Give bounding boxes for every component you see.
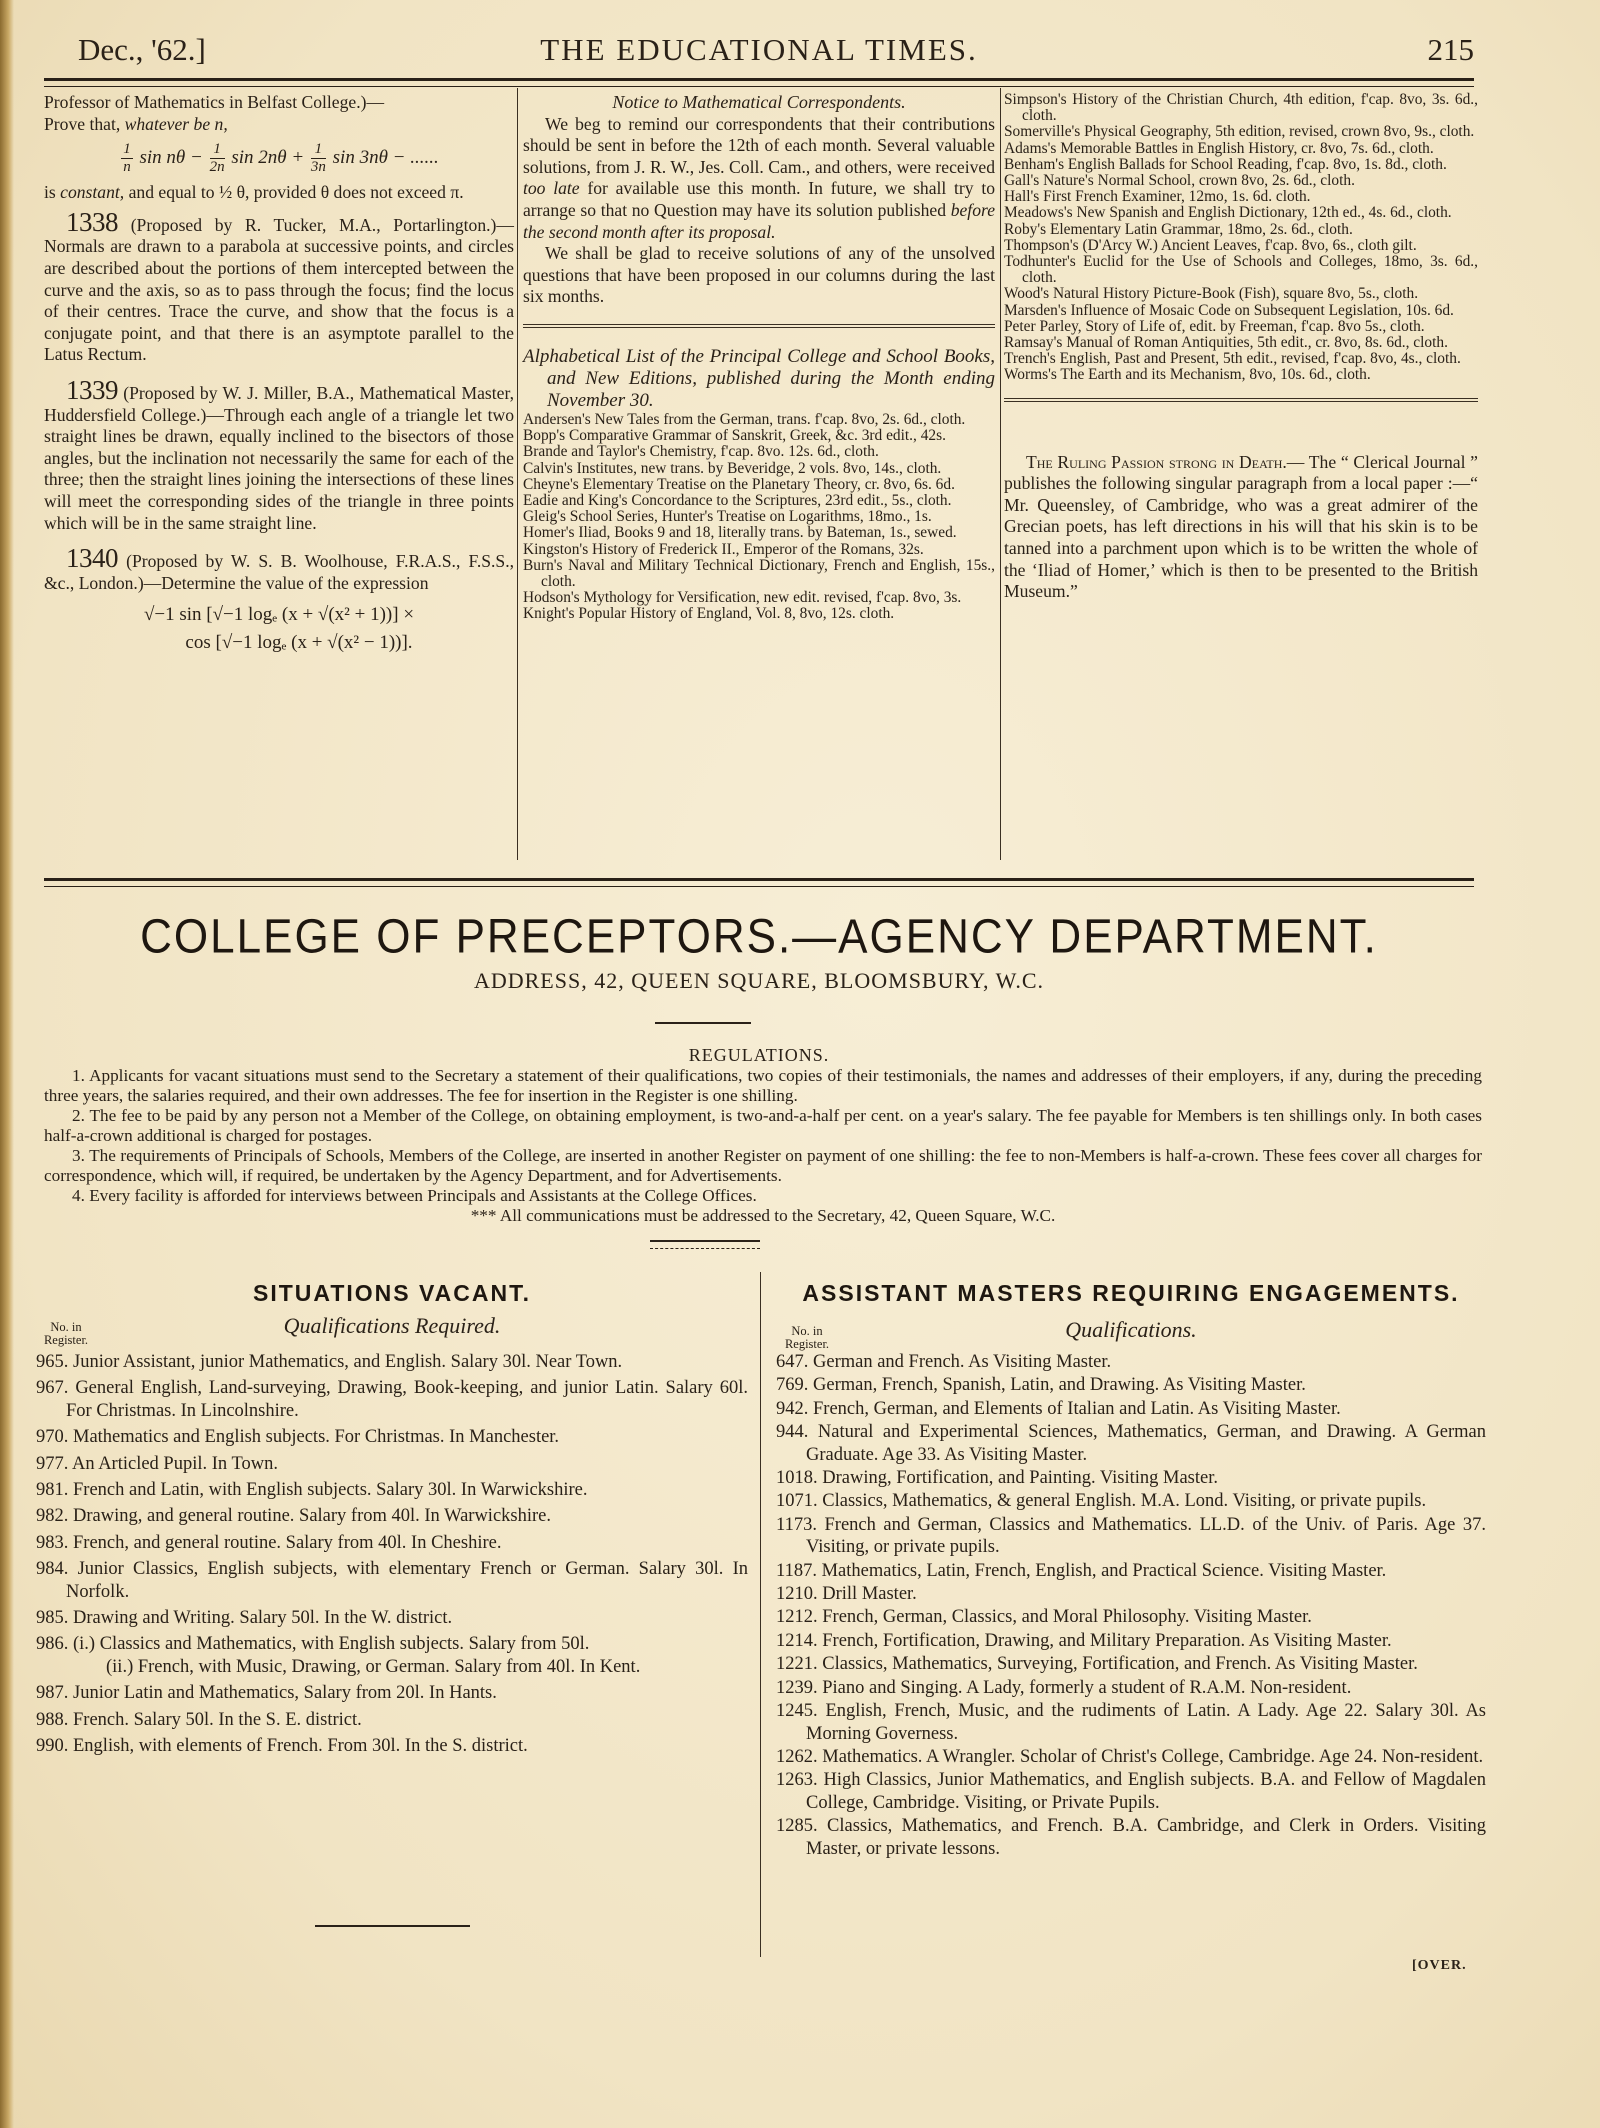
book-item: Bopp's Comparative Grammar of Sanskrit, … bbox=[523, 428, 995, 444]
master-entry: 1263. High Classics, Junior Mathematics,… bbox=[776, 1769, 1486, 1814]
master-entry: 647. German and French. As Visiting Mast… bbox=[776, 1351, 1486, 1373]
master-entry: 1245. English, French, Music, and the ru… bbox=[776, 1700, 1486, 1745]
master-entry: 942. French, German, and Elements of Ita… bbox=[776, 1398, 1486, 1420]
book-item: Somerville's Physical Geography, 5th edi… bbox=[1004, 124, 1478, 140]
book-item: Meadows's New Spanish and English Dictio… bbox=[1004, 205, 1478, 221]
master-entry: 1221. Classics, Mathematics, Surveying, … bbox=[776, 1653, 1486, 1675]
page-number: 215 bbox=[1428, 32, 1475, 68]
vacancy-entry: 985. Drawing and Writing. Salary 50l. In… bbox=[36, 1607, 748, 1629]
vacancy-entry: 988. French. Salary 50l. In the S. E. di… bbox=[36, 1709, 748, 1731]
master-entry: 1018. Drawing, Fortification, and Painti… bbox=[776, 1467, 1486, 1489]
book-item: Marsden's Influence of Mosaic Code on Su… bbox=[1004, 303, 1478, 319]
ruling-passion-article: The Ruling Passion strong in Death.— The… bbox=[1004, 452, 1478, 603]
book-item: Gleig's School Series, Hunter's Treatise… bbox=[523, 509, 995, 525]
book-item: Roby's Elementary Latin Grammar, 18mo, 2… bbox=[1004, 222, 1478, 238]
book-list-title: Alphabetical List of the Principal Colle… bbox=[523, 346, 995, 412]
agency-address: ADDRESS, 42, QUEEN SQUARE, BLOOMSBURY, W… bbox=[44, 968, 1474, 994]
book-item: Todhunter's Euclid for the Use of School… bbox=[1004, 254, 1478, 286]
header-rule bbox=[44, 78, 1474, 87]
book-item: Hall's First French Examiner, 12mo, 1s. … bbox=[1004, 189, 1478, 205]
column-subheader: No. in Register. Qualifications. bbox=[776, 1311, 1486, 1351]
section-rule bbox=[523, 324, 995, 328]
decorative-rule bbox=[655, 1022, 751, 1024]
decorative-rule bbox=[650, 1240, 760, 1249]
log-expression-line2: cos [√−1 logₑ (x + √(x² − 1))]. bbox=[44, 632, 514, 654]
vacancy-entry: 977. An Articled Pupil. In Town. bbox=[36, 1453, 748, 1475]
question-number: 1338 bbox=[66, 207, 118, 237]
running-header: Dec., '62.] THE EDUCATIONAL TIMES. 215 bbox=[44, 30, 1474, 70]
newspaper-page: Dec., '62.] THE EDUCATIONAL TIMES. 215 P… bbox=[0, 0, 1600, 2128]
book-item: Calvin's Institutes, new trans. by Bever… bbox=[523, 461, 995, 477]
vacancy-entry: 967. General English, Land-surveying, Dr… bbox=[36, 1377, 748, 1422]
vacancy-entry: 990. English, with elements of French. F… bbox=[36, 1735, 748, 1757]
master-entry: 1262. Mathematics. A Wrangler. Scholar o… bbox=[776, 1746, 1486, 1768]
regulation-item: 2. The fee to be paid by any person not … bbox=[44, 1106, 1482, 1146]
regulation-item: 3. The requirements of Principals of Sch… bbox=[44, 1146, 1482, 1186]
assistant-masters-heading: ASSISTANT MASTERS REQUIRING ENGAGEMENTS. bbox=[776, 1280, 1486, 1307]
book-item: Worms's The Earth and its Mechanism, 8vo… bbox=[1004, 367, 1478, 383]
vacancy-entry-sub: (ii.) French, with Music, Drawing, or Ge… bbox=[36, 1656, 748, 1678]
regulations-title: REGULATIONS. bbox=[44, 1045, 1474, 1066]
book-item: Trench's English, Past and Present, 5th … bbox=[1004, 351, 1478, 367]
communications-note: *** All communications must be addressed… bbox=[44, 1206, 1482, 1226]
master-entry: 1187. Mathematics, Latin, French, Englis… bbox=[776, 1560, 1486, 1582]
master-entry: 1210. Drill Master. bbox=[776, 1583, 1486, 1605]
question-1340: 1340 (Proposed by W. S. B. Woolhouse, F.… bbox=[44, 548, 514, 594]
question-intro: Professor of Mathematics in Belfast Coll… bbox=[44, 92, 514, 135]
book-item: Kingston's History of Frederick II., Emp… bbox=[523, 542, 995, 558]
regulation-item: 4. Every facility is afforded for interv… bbox=[44, 1186, 1482, 1206]
book-list: Andersen's New Tales from the German, tr… bbox=[523, 412, 995, 623]
column-books-and-ruling-passion: Simpson's History of the Christian Churc… bbox=[1004, 92, 1478, 603]
vacancy-entry: 987. Junior Latin and Mathematics, Salar… bbox=[36, 1682, 748, 1704]
agency-section-rule bbox=[44, 878, 1474, 887]
vacancy-entry: 965. Junior Assistant, junior Mathematic… bbox=[36, 1351, 748, 1373]
agency-title: COLLEGE OF PRECEPTORS.—AGENCY DEPARTMENT… bbox=[44, 910, 1474, 965]
vacancy-entry: 970. Mathematics and English subjects. F… bbox=[36, 1426, 748, 1448]
situations-vacant-column: SITUATIONS VACANT. No. in Register. Qual… bbox=[36, 1280, 748, 1762]
question-1339: 1339 (Proposed by W. J. Miller, B.A., Ma… bbox=[44, 380, 514, 534]
book-item: Simpson's History of the Christian Churc… bbox=[1004, 92, 1478, 124]
question-number: 1340 bbox=[66, 543, 118, 573]
book-item: Andersen's New Tales from the German, tr… bbox=[523, 412, 995, 428]
vacancy-entry: 981. French and Latin, with English subj… bbox=[36, 1479, 748, 1501]
notice-paragraph-1: We beg to remind our correspondents that… bbox=[523, 114, 995, 244]
regulation-item: 1. Applicants for vacant situations must… bbox=[44, 1066, 1482, 1106]
vacancy-entry: 982. Drawing, and general routine. Salar… bbox=[36, 1505, 748, 1527]
book-item: Hodson's Mythology for Versification, ne… bbox=[523, 590, 995, 606]
column-divider bbox=[760, 1272, 761, 1957]
section-rule bbox=[1004, 398, 1478, 402]
book-item: Gall's Nature's Normal School, crown 8vo… bbox=[1004, 173, 1478, 189]
book-item: Cheyne's Elementary Treatise on the Plan… bbox=[523, 477, 995, 493]
master-entry: 1173. French and German, Classics and Ma… bbox=[776, 1514, 1486, 1559]
master-entry: 1285. Classics, Mathematics, and French.… bbox=[776, 1815, 1486, 1860]
book-item: Thompson's (D'Arcy W.) Ancient Leaves, f… bbox=[1004, 238, 1478, 254]
column-divider bbox=[1000, 88, 1001, 860]
page-spine-shadow bbox=[0, 0, 14, 2128]
sine-series-formula: 1n sin nθ − 12n sin 2nθ + 13n sin 3nθ − … bbox=[44, 141, 514, 176]
formula-conclusion: is constant, and equal to ½ θ, provided … bbox=[44, 182, 514, 204]
book-item: Burn's Naval and Military Technical Dict… bbox=[523, 558, 995, 590]
book-item: Eadie and King's Concordance to the Scri… bbox=[523, 493, 995, 509]
over-page-marker: [OVER. bbox=[1412, 1958, 1467, 1974]
regulations-list: 1. Applicants for vacant situations must… bbox=[44, 1066, 1482, 1226]
book-item: Brande and Taylor's Chemistry, f'cap. 8v… bbox=[523, 444, 995, 460]
question-number: 1339 bbox=[66, 375, 118, 405]
master-entry: 1071. Classics, Mathematics, & general E… bbox=[776, 1490, 1486, 1512]
log-expression-line1: √−1 sin [√−1 logₑ (x + √(x² + 1))] × bbox=[44, 604, 514, 626]
qualifications-heading: Qualifications. bbox=[776, 1319, 1486, 1341]
column-mathematical-questions: Professor of Mathematics in Belfast Coll… bbox=[44, 92, 514, 659]
notice-title: Notice to Mathematical Correspondents. bbox=[523, 92, 995, 114]
book-item: Homer's Iliad, Books 9 and 18, literally… bbox=[523, 525, 995, 541]
column-end-rule bbox=[315, 1925, 470, 1927]
book-item: Knight's Popular History of England, Vol… bbox=[523, 606, 995, 622]
notice-paragraph-2: We shall be glad to receive solutions of… bbox=[523, 243, 995, 308]
assistant-masters-column: ASSISTANT MASTERS REQUIRING ENGAGEMENTS.… bbox=[776, 1280, 1486, 1861]
column-subheader: No. in Register. Qualifications Required… bbox=[36, 1311, 748, 1351]
master-entry: 1239. Piano and Singing. A Lady, formerl… bbox=[776, 1677, 1486, 1699]
situations-vacant-heading: SITUATIONS VACANT. bbox=[36, 1280, 748, 1307]
vacancy-entry: 983. French, and general routine. Salary… bbox=[36, 1532, 748, 1554]
article-heading: The Ruling Passion strong in Death.— bbox=[1026, 452, 1304, 472]
book-item: Benham's English Ballads for School Read… bbox=[1004, 157, 1478, 173]
master-entry: 944. Natural and Experimental Sciences, … bbox=[776, 1421, 1486, 1466]
master-entry: 1212. French, German, Classics, and Mora… bbox=[776, 1606, 1486, 1628]
master-entry: 769. German, French, Spanish, Latin, and… bbox=[776, 1374, 1486, 1396]
master-entry: 1214. French, Fortification, Drawing, an… bbox=[776, 1630, 1486, 1652]
book-item: Adams's Memorable Battles in English His… bbox=[1004, 141, 1478, 157]
vacancy-entry: 984. Junior Classics, English subjects, … bbox=[36, 1558, 748, 1603]
book-item: Ramsay's Manual of Roman Antiquities, 5t… bbox=[1004, 335, 1478, 351]
column-divider bbox=[517, 88, 518, 860]
book-list-continued: Simpson's History of the Christian Churc… bbox=[1004, 92, 1478, 384]
qualifications-heading: Qualifications Required. bbox=[36, 1315, 748, 1337]
publication-title: THE EDUCATIONAL TIMES. bbox=[44, 32, 1474, 68]
question-1338: 1338 (Proposed by R. Tucker, M.A., Porta… bbox=[44, 212, 514, 366]
book-item: Wood's Natural History Picture-Book (Fis… bbox=[1004, 286, 1478, 302]
book-item: Peter Parley, Story of Life of, edit. by… bbox=[1004, 319, 1478, 335]
column-notice-and-books: Notice to Mathematical Correspondents. W… bbox=[523, 92, 995, 623]
vacancy-entry: 986. (i.) Classics and Mathematics, with… bbox=[36, 1633, 748, 1655]
